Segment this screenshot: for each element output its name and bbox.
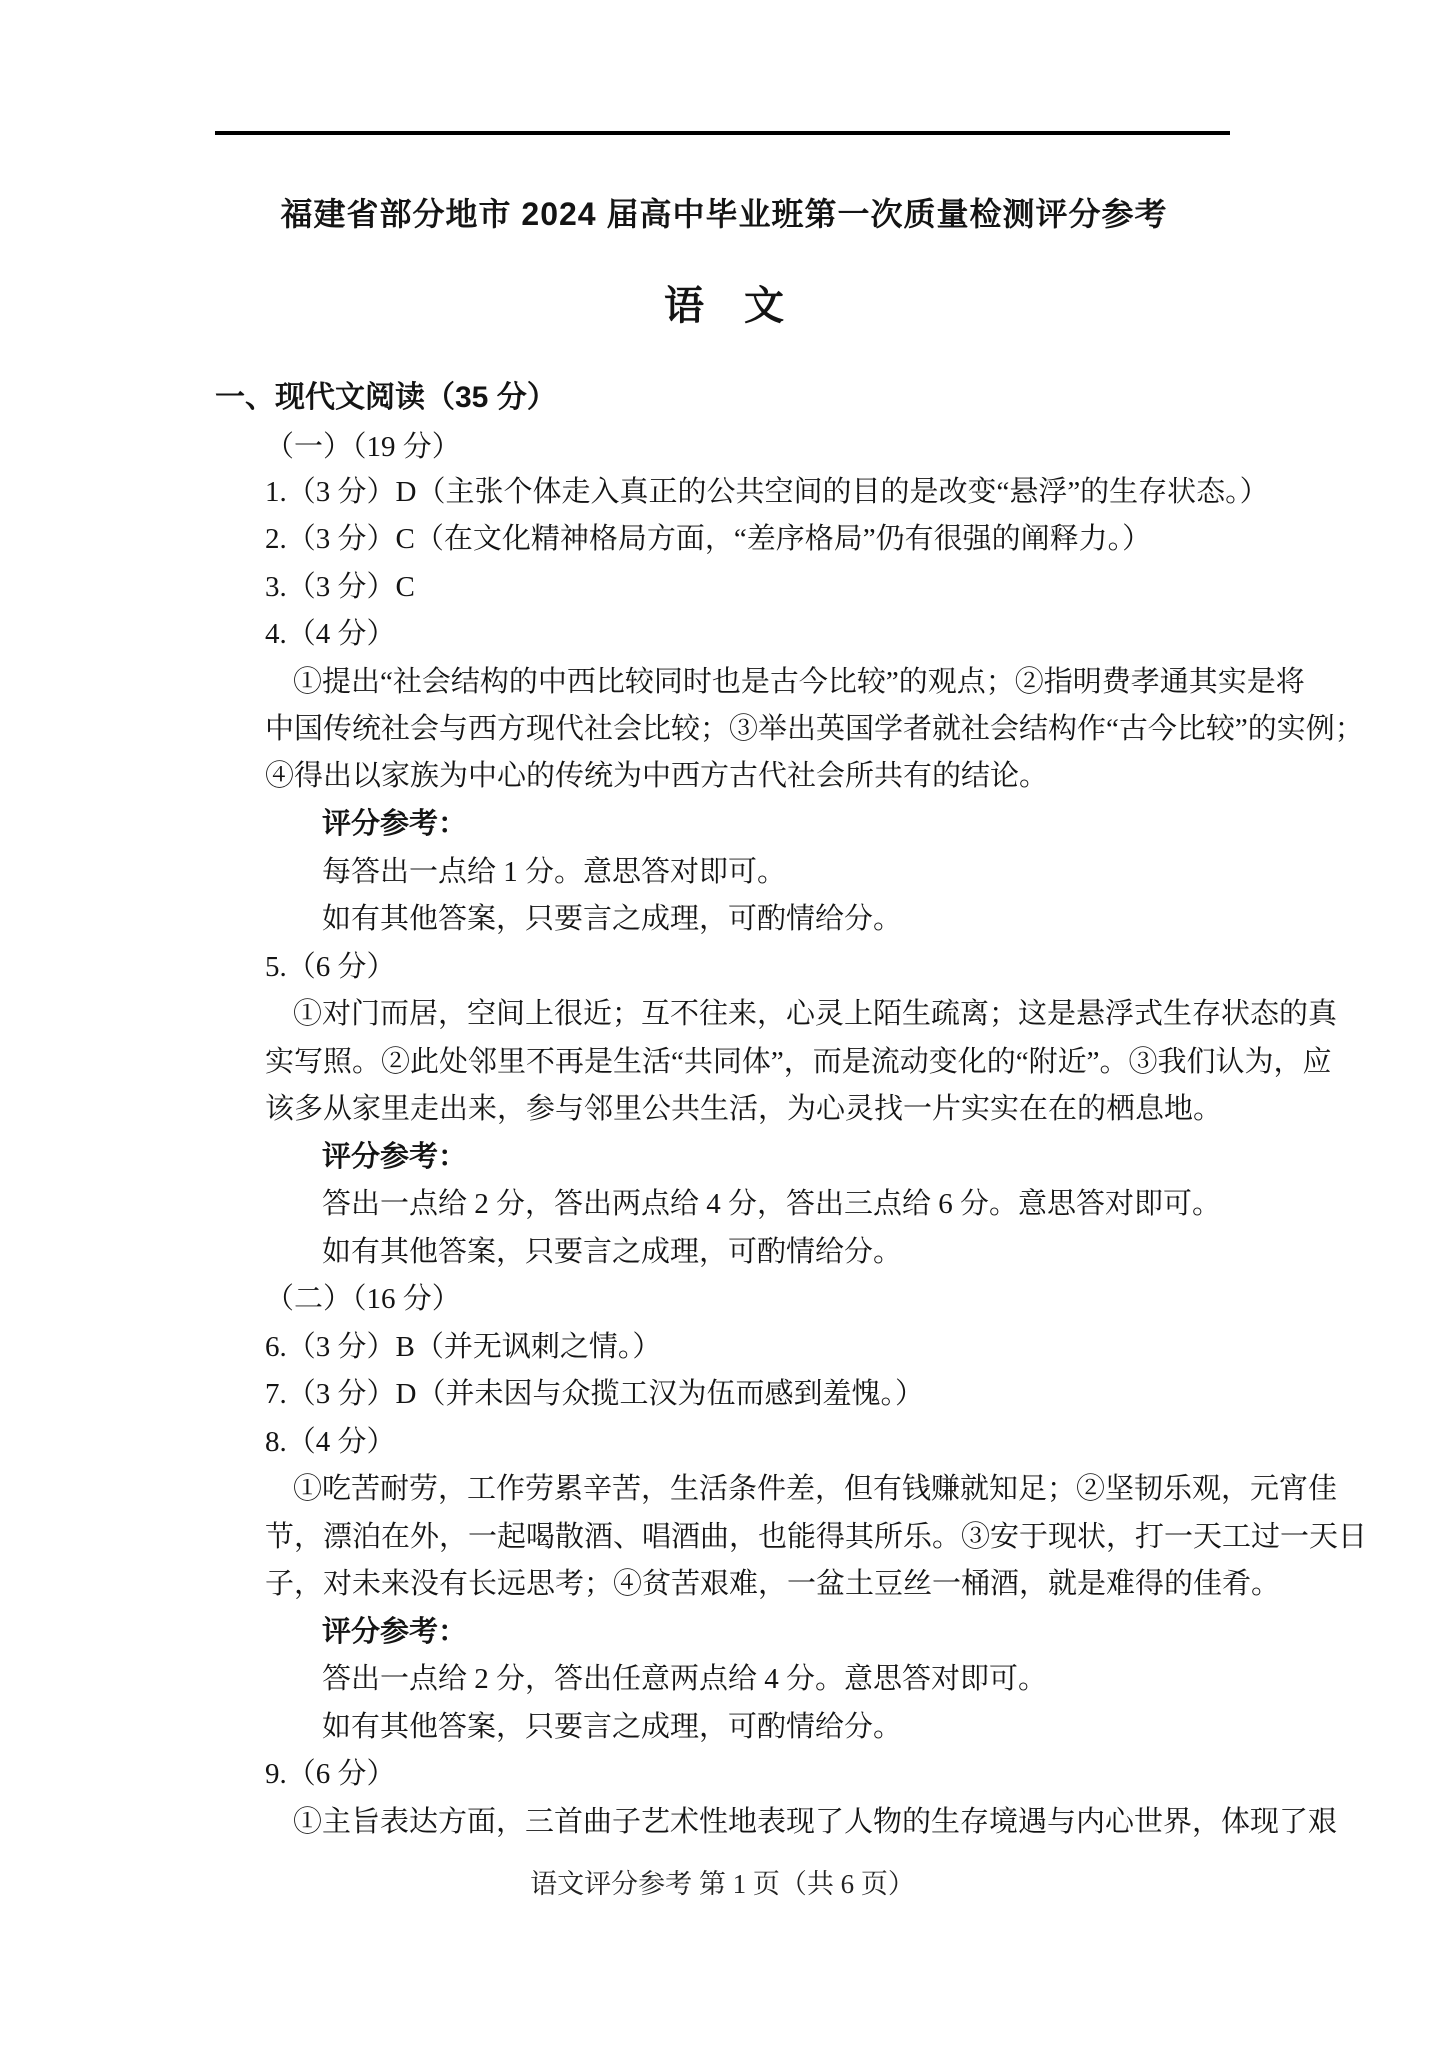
answer-q4-line-3: ④得出以家族为中心的传统为中西方古代社会所共有的结论。	[265, 760, 1230, 793]
part1-label: （一）（19 分）	[265, 431, 1230, 464]
answer-q1: 1.（3 分）D（主张个体走入真正的公共空间的目的是改变“悬浮”的生存状态。）	[265, 476, 1230, 509]
answer-q2: 2.（3 分）C（在文化精神格局方面，“差序格局”仍有很强的阐释力。）	[265, 523, 1230, 556]
answer-q4-line-2: 中国传统社会与西方现代社会比较；③举出英国学者就社会结构作“古今比较”的实例；	[265, 713, 1230, 746]
answer-q8-line-3: 子，对未来没有长远思考；④贫苦艰难，一盆土豆丝一桶酒，就是难得的佳肴。	[265, 1568, 1230, 1601]
answer-q5-line-1: ①对门而居，空间上很近；互不往来，心灵上陌生疏离；这是悬浮式生存状态的真	[293, 998, 1230, 1031]
part2-label: （二）（16 分）	[265, 1283, 1230, 1316]
answer-q5-line-2: 实写照。②此处邻里不再是生活“共同体”，而是流动变化的“附近”。③我们认为，应	[265, 1046, 1230, 1079]
q4-score-note-2: 如有其他答案，只要言之成理，可酌情给分。	[322, 903, 1230, 936]
answer-q8-line-1: ①吃苦耐劳，工作劳累辛苦，生活条件差，但有钱赚就知足；②坚韧乐观，元宵佳	[293, 1473, 1230, 1506]
q8-score-note-2: 如有其他答案，只要言之成理，可酌情给分。	[322, 1711, 1230, 1744]
answer-q4-line-1: ①提出“社会结构的中西比较同时也是古今比较”的观点；②指明费孝通其实是将	[293, 666, 1230, 699]
answer-q6: 6.（3 分）B（并无讽刺之情。）	[265, 1331, 1230, 1364]
q8-score-heading: 评分参考：	[322, 1616, 1230, 1649]
q4-score-note-1: 每答出一点给 1 分。意思答对即可。	[322, 856, 1230, 889]
answer-q4-label: 4.（4 分）	[265, 618, 1230, 651]
q4-score-heading: 评分参考：	[322, 808, 1230, 841]
answer-q8-label: 8.（4 分）	[265, 1426, 1230, 1459]
q5-score-note-1: 答出一点给 2 分，答出两点给 4 分，答出三点给 6 分。意思答对即可。	[322, 1188, 1230, 1221]
answer-q3: 3.（3 分）C	[265, 571, 1230, 604]
subject-title: 语 文	[170, 284, 1278, 328]
page-footer: 语文评分参考 第 1 页（共 6 页）	[215, 1862, 1230, 1901]
header-rule	[215, 131, 1230, 135]
exam-answer-page: 福建省部分地市 2024 届高中毕业班第一次质量检测评分参考 语 文 一、现代文…	[0, 0, 1448, 2048]
section-heading-modern-reading: 一、现代文阅读（35 分）	[215, 381, 557, 414]
answer-q9-line-1: ①主旨表达方面，三首曲子艺术性地表现了人物的生存境遇与内心世界，体现了艰	[293, 1806, 1230, 1839]
answer-q8-line-2: 节，漂泊在外，一起喝散酒、唱酒曲，也能得其所乐。③安于现状，打一天工过一天日	[265, 1521, 1230, 1554]
q5-score-heading: 评分参考：	[322, 1141, 1230, 1174]
answer-q7: 7.（3 分）D（并未因与众揽工汉为伍而感到羞愧。）	[265, 1378, 1230, 1411]
document-title: 福建省部分地市 2024 届高中毕业班第一次质量检测评分参考	[170, 197, 1278, 232]
answer-q5-label: 5.（6 分）	[265, 951, 1230, 984]
q8-score-note-1: 答出一点给 2 分，答出任意两点给 4 分。意思答对即可。	[322, 1663, 1230, 1696]
q5-score-note-2: 如有其他答案，只要言之成理，可酌情给分。	[322, 1236, 1230, 1269]
answer-q5-line-3: 该多从家里走出来，参与邻里公共生活，为心灵找一片实实在在的栖息地。	[265, 1093, 1230, 1126]
answer-q9-label: 9.（6 分）	[265, 1758, 1230, 1791]
